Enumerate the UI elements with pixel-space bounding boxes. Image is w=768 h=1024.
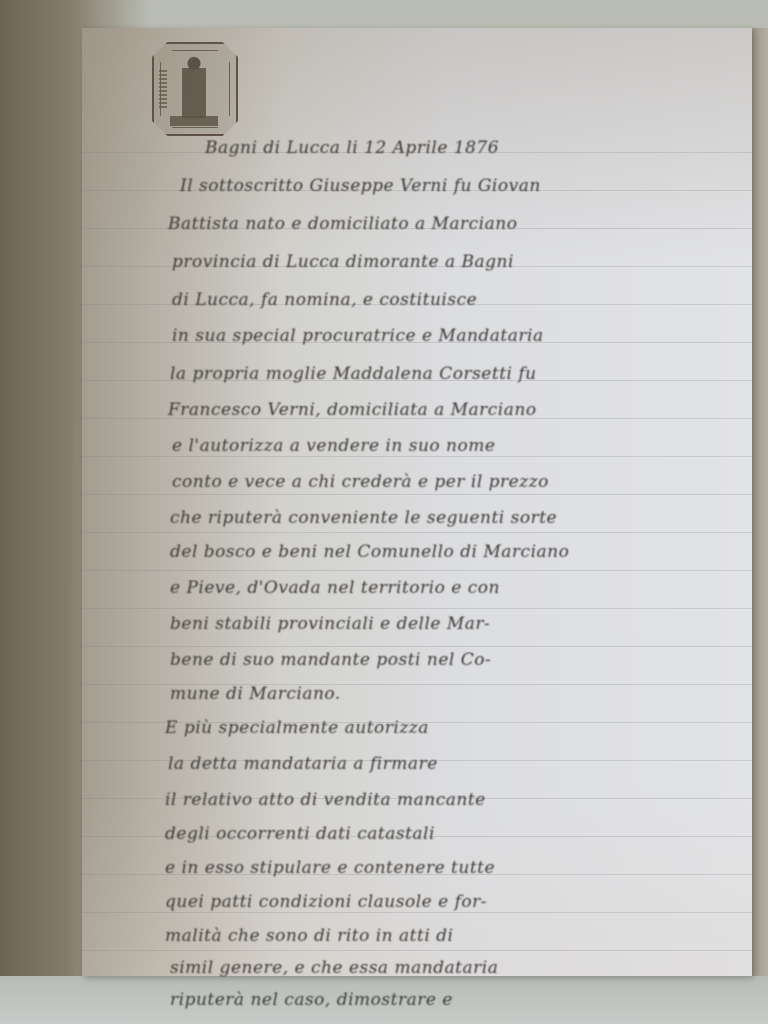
text-line: la propria moglie Maddalena Corsetti fu xyxy=(170,364,537,384)
text-line: che riputerà conveniente le seguenti sor… xyxy=(170,508,557,528)
text-line: bene di suo mandante posti nel Co- xyxy=(170,650,491,670)
ruled-line xyxy=(82,950,752,951)
revenue-stamp-icon xyxy=(152,42,238,136)
ruled-line xyxy=(82,646,752,647)
ruled-line xyxy=(82,608,752,609)
text-line: conto e vece a chi crederà e per il prez… xyxy=(172,472,549,492)
text-line: mune di Marciano. xyxy=(170,684,341,704)
text-line: e l'autorizza a vendere in suo nome xyxy=(172,436,495,456)
text-line: riputerà nel caso, dimostrare e xyxy=(170,990,453,1010)
text-line: quei patti condizioni clausole e for- xyxy=(165,892,487,912)
text-line: beni stabili provinciali e delle Mar- xyxy=(170,614,490,634)
date-line: Bagni di Lucca li 12 Aprile 1876 xyxy=(205,138,499,158)
text-line: malità che sono di rito in atti di xyxy=(165,926,454,946)
seated-figure-icon xyxy=(182,56,206,118)
text-line: Francesco Verni, domiciliata a Marciano xyxy=(168,400,537,420)
text-line: provincia di Lucca dimorante a Bagni xyxy=(172,252,514,272)
text-line: di Lucca, fa nomina, e costituisce xyxy=(172,290,477,310)
text-line: Il sottoscritto Giuseppe Verni fu Giovan xyxy=(180,176,541,196)
text-line: simil genere, e che essa mandataria xyxy=(170,958,498,978)
text-line: e Pieve, d'Ovada nel territorio e con xyxy=(170,578,500,598)
ruled-line xyxy=(82,912,752,913)
text-line: in sua special procuratrice e Mandataria xyxy=(172,326,544,346)
text-line: e in esso stipulare e contenere tutte xyxy=(165,858,495,878)
ruled-line xyxy=(82,494,752,495)
page-edge xyxy=(752,28,768,978)
text-line: Battista nato e domiciliato a Marciano xyxy=(168,214,517,234)
text-line: E più specialmente autorizza xyxy=(165,718,429,738)
text-line: il relativo atto di vendita mancante xyxy=(165,790,486,810)
text-line: la detta mandataria a firmare xyxy=(168,754,438,774)
text-line: degli occorrenti dati catastali xyxy=(165,824,435,844)
ruled-line xyxy=(82,456,752,457)
ruled-line xyxy=(82,570,752,571)
text-line: del bosco e beni nel Comunello di Marcia… xyxy=(170,542,569,562)
ruled-line xyxy=(82,532,752,533)
